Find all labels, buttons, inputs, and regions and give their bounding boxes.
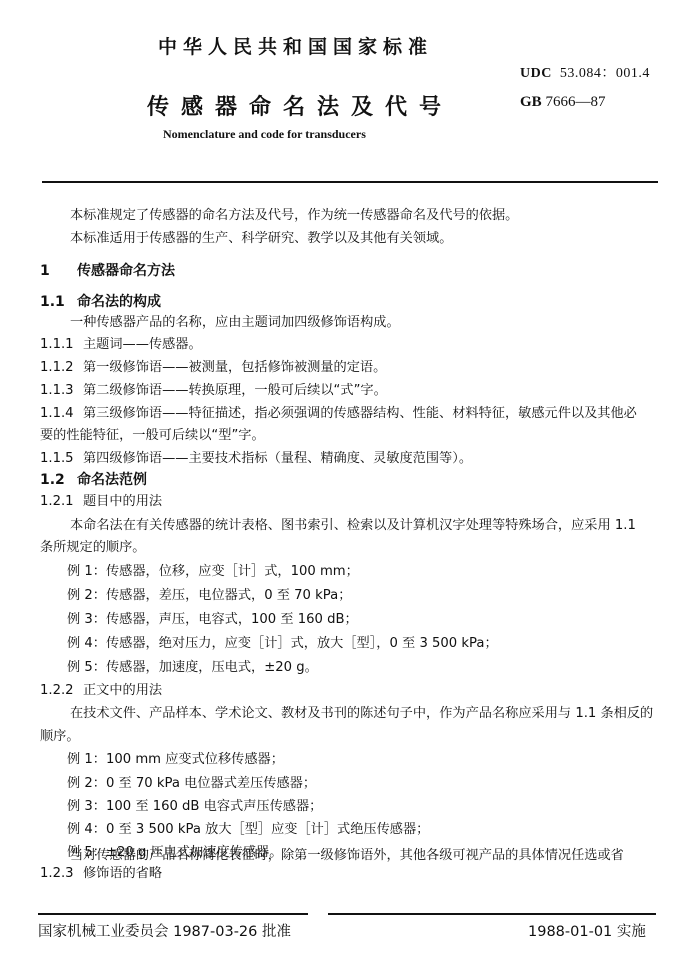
footer-divider-left [38, 913, 308, 915]
clause-1-1-5: 1.1.5第四级修饰语——主要技术指标（量程、精确度、灵敏度范围等）。 [40, 451, 472, 467]
section-1-2-1-body-continued: 条所规定的顺序。 [40, 540, 146, 556]
gb-value: 7666—87 [545, 94, 605, 110]
udc-value: 53.084：001.4 [560, 66, 650, 81]
effective-date: 1988-01-01 实施 [528, 920, 646, 941]
clause-title: 题目中的用法 [83, 494, 162, 509]
clause-number: 1.1.2 [40, 360, 83, 376]
section-1-heading: 1传感器命名方法 [40, 263, 175, 279]
clause-1-1-2: 1.1.2第一级修饰语——被测量，包括修饰被测量的定语。 [40, 360, 386, 376]
section-1-2-1-body: 本命名法在有关传感器的统计表格、图书索引、检索以及计算机汉字处理等特殊场合，应采… [70, 518, 636, 534]
english-subtitle: Nomenclature and code for transducers [163, 127, 366, 142]
clause-number: 1.2.3 [40, 866, 83, 882]
section-1-2-heading: 1.2命名法范例 [40, 472, 147, 488]
udc-label: UDC [520, 66, 552, 81]
clause-text: 主题词——传感器。 [83, 337, 202, 352]
example-1-2-1-4: 例 4：传感器，绝对压力，应变［计］式，放大［型］，0 至 3 500 kPa； [67, 636, 498, 652]
header-divider [42, 181, 658, 183]
clause-1-1-4-continued: 要的性能特征，一般可后续以“型”字。 [40, 428, 265, 444]
example-1-2-1-1: 例 1：传感器，位移，应变［计］式，100 mm； [67, 564, 359, 580]
section-1-2-3-body: 当对传感器的产品名称简化表征时，除第一级修饰语外，其他各级可视产品的具体情况任选… [70, 848, 624, 864]
section-1-2-2-body: 在技术文件、产品样本、学术论文、教材及书刊的陈述句子中，作为产品名称应采用与 1… [70, 706, 653, 722]
section-1-2-2-body-continued: 顺序。 [40, 729, 80, 745]
intro-paragraph-2: 本标准适用于传感器的生产、科学研究、教学以及其他有关领域。 [70, 231, 452, 247]
clause-number: 1.1.3 [40, 383, 83, 399]
clause-number: 1.1.5 [40, 451, 83, 467]
example-1-2-1-5: 例 5：传感器，加速度，压电式，±20 g。 [67, 660, 318, 676]
clause-title: 修饰语的省略 [83, 866, 162, 881]
section-1-1-heading: 1.1命名法的构成 [40, 294, 161, 310]
clause-title: 正文中的用法 [83, 683, 162, 698]
example-1-2-1-2: 例 2：传感器，差压，电位器式，0 至 70 kPa； [67, 588, 351, 604]
section-title: 命名法的构成 [77, 294, 161, 310]
example-1-2-2-4: 例 4：0 至 3 500 kPa 放大［型］应变［计］式绝压传感器； [67, 822, 429, 838]
section-number: 1.1 [40, 294, 77, 310]
clause-1-1-1: 1.1.1主题词——传感器。 [40, 337, 202, 353]
clause-text: 第一级修饰语——被测量，包括修饰被测量的定语。 [83, 360, 386, 375]
clause-number: 1.1.1 [40, 337, 83, 353]
udc-code: UDC 53.084：001.4 [520, 62, 650, 82]
example-1-2-2-1: 例 1：100 mm 应变式位移传感器； [67, 752, 284, 768]
clause-number: 1.1.4 [40, 406, 83, 422]
gb-code: GB 7666—87 [520, 94, 605, 111]
standard-name: 中华人民共和国国家标准 [158, 32, 433, 59]
clause-text: 第三级修饰语——特征描述，指必须强调的传感器结构、性能、材料特征，敏感元件以及其… [83, 406, 637, 421]
example-1-2-2-2: 例 2：0 至 70 kPa 电位器式差压传感器； [67, 776, 316, 792]
clause-text: 第二级修饰语——转换原理，一般可后续以“式”字。 [83, 383, 387, 398]
section-1-2-1-heading: 1.2.1题目中的用法 [40, 494, 162, 510]
clause-number: 1.2.1 [40, 494, 83, 510]
footer-divider-right [328, 913, 656, 915]
approval-date: 国家机械工业委员会 1987-03-26 批准 [38, 920, 291, 941]
section-number: 1 [40, 263, 77, 279]
example-1-2-1-3: 例 3：传感器，声压，电容式，100 至 160 dB； [67, 612, 358, 628]
clause-number: 1.2.2 [40, 683, 83, 699]
gb-label: GB [520, 94, 542, 110]
clause-text: 第四级修饰语——主要技术指标（量程、精确度、灵敏度范围等）。 [83, 451, 472, 466]
clause-1-1-4: 1.1.4第三级修饰语——特征描述，指必须强调的传感器结构、性能、材料特征，敏感… [40, 406, 637, 422]
page-title: 传感器命名法及代号 [147, 90, 453, 121]
section-1-2-3-heading: 1.2.3修饰语的省略 [40, 866, 162, 882]
section-1-1-body: 一种传感器产品的名称，应由主题词加四级修饰语构成。 [70, 315, 400, 331]
clause-1-1-3: 1.1.3第二级修饰语——转换原理，一般可后续以“式”字。 [40, 383, 387, 399]
example-1-2-2-3: 例 3：100 至 160 dB 电容式声压传感器； [67, 799, 322, 815]
section-title: 传感器命名方法 [77, 263, 175, 279]
section-1-2-2-heading: 1.2.2正文中的用法 [40, 683, 162, 699]
section-number: 1.2 [40, 472, 77, 488]
intro-paragraph-1: 本标准规定了传感器的命名方法及代号，作为统一传感器命名及代号的依据。 [70, 208, 518, 224]
section-title: 命名法范例 [77, 472, 147, 488]
